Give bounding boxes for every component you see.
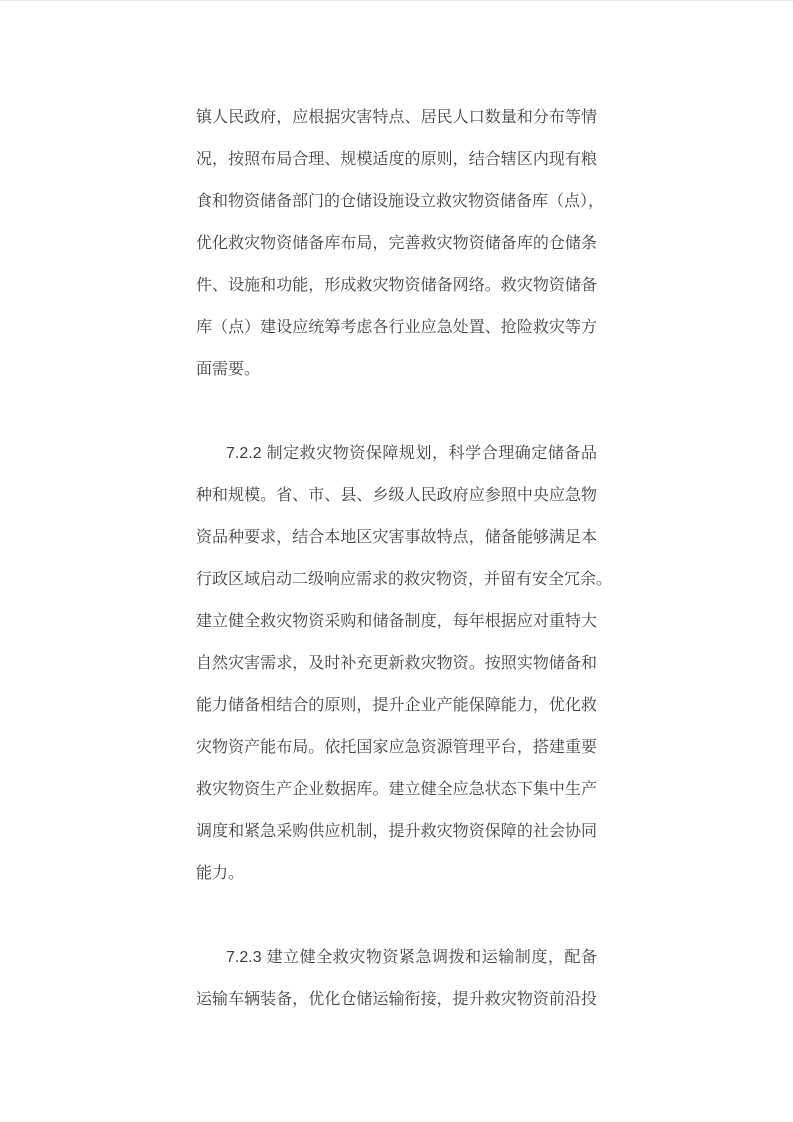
paragraph-continuation: 镇人民政府，应根据灾害特点、居民人口数量和分布等情 况，按照布局合理、规模适度的… xyxy=(196,97,597,391)
paragraph-7-2-3: 7.2.3 建立健全救灾物资紧急调拨和运输制度，配备 运输车辆装备，优化仓储运输… xyxy=(196,937,597,1021)
text-line: 建立健全救灾物资采购和储备制度，每年根据应对重特大 xyxy=(196,601,597,643)
text-line: 食和物资储备部门的仓储设施设立救灾物资储备库（点）， xyxy=(196,181,597,223)
document-page: 镇人民政府，应根据灾害特点、居民人口数量和分布等情 况，按照布局合理、规模适度的… xyxy=(0,0,793,1122)
text-line: 自然灾害需求，及时补充更新救灾物资。按照实物储备和 xyxy=(196,643,597,685)
text-line: 能力储备相结合的原则，提升企业产能保障能力，优化救 xyxy=(196,685,597,727)
text-line: 调度和紧急采购供应机制，提升救灾物资保障的社会协同 xyxy=(196,811,597,853)
paragraph-7-2-2: 7.2.2 制定救灾物资保障规划，科学合理确定储备品 种和规模。省、市、县、乡级… xyxy=(196,433,597,895)
text-line: 行政区域启动二级响应需求的救灾物资，并留有安全冗余。 xyxy=(196,559,597,601)
text-line: 资品种要求，结合本地区灾害事故特点，储备能够满足本 xyxy=(196,517,597,559)
text-column: 镇人民政府，应根据灾害特点、居民人口数量和分布等情 况，按照布局合理、规模适度的… xyxy=(196,97,597,1021)
text-line-section-number: 7.2.2 制定救灾物资保障规划，科学合理确定储备品 xyxy=(196,433,597,475)
text-line: 灾物资产能布局。依托国家应急资源管理平台，搭建重要 xyxy=(196,727,597,769)
text-line: 况，按照布局合理、规模适度的原则，结合辖区内现有粮 xyxy=(196,139,597,181)
text-line: 面需要。 xyxy=(196,349,597,391)
text-line: 库（点）建设应统筹考虑各行业应急处置、抢险救灾等方 xyxy=(196,307,597,349)
text-line-section-number: 7.2.3 建立健全救灾物资紧急调拨和运输制度，配备 xyxy=(196,937,597,979)
text-line: 救灾物资生产企业数据库。建立健全应急状态下集中生产 xyxy=(196,769,597,811)
text-line: 件、设施和功能，形成救灾物资储备网络。救灾物资储备 xyxy=(196,265,597,307)
text-line: 能力。 xyxy=(196,853,597,895)
page-top-edge xyxy=(0,0,793,1)
text-line: 运输车辆装备，优化仓储运输衔接，提升救灾物资前沿投 xyxy=(196,979,597,1021)
text-line: 种和规模。省、市、县、乡级人民政府应参照中央应急物 xyxy=(196,475,597,517)
text-line: 镇人民政府，应根据灾害特点、居民人口数量和分布等情 xyxy=(196,97,597,139)
text-line: 优化救灾物资储备库布局，完善救灾物资储备库的仓储条 xyxy=(196,223,597,265)
